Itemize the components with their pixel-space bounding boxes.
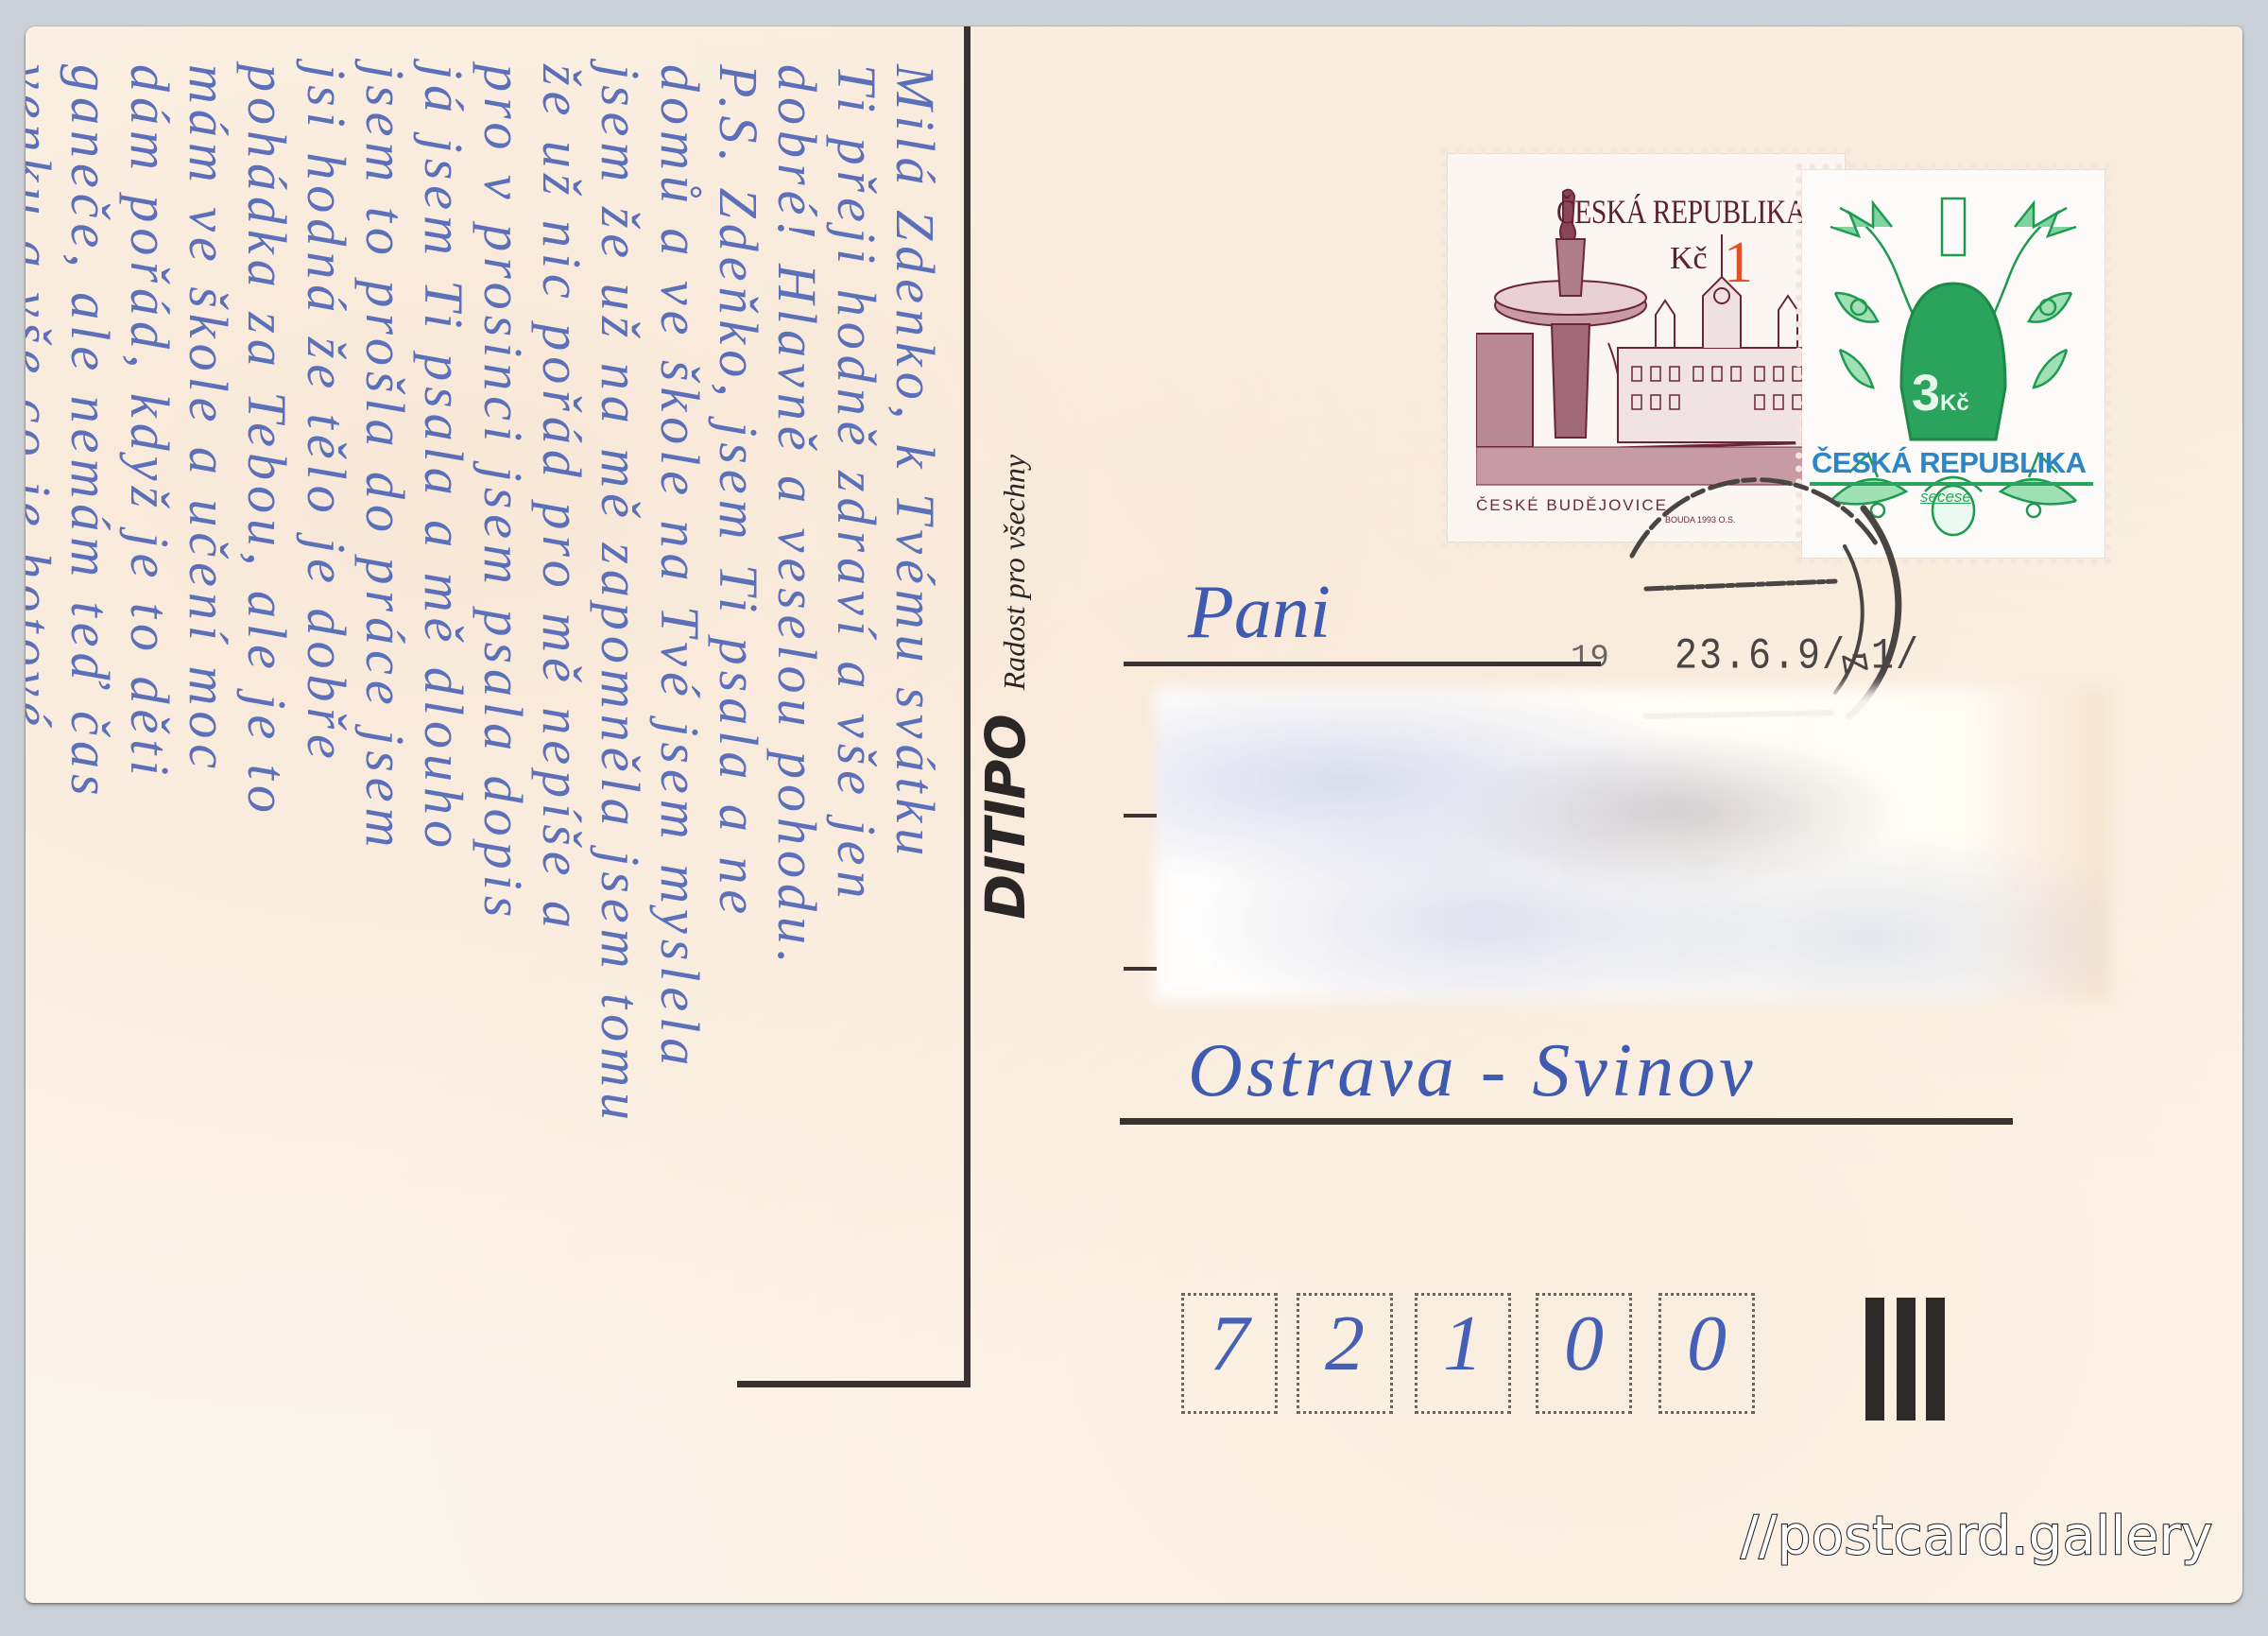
message-line: mám ve škole a učení moc bbox=[177, 64, 240, 774]
address-line-4 bbox=[1120, 1118, 2013, 1125]
message-line: venku a vše co je hotové bbox=[26, 64, 63, 732]
message-line: domů a ve škole na Tvé jsem myslela bbox=[648, 64, 712, 1071]
stamp-country: ČESKÁ REPUBLIKA bbox=[1556, 192, 1806, 232]
address-line-2 bbox=[1124, 814, 1157, 818]
stamp-value-group: 3Kč bbox=[1912, 364, 1969, 422]
message-line: já jsem Ti psala a mě dlouho bbox=[412, 64, 475, 853]
message-line: jsi hodná že tělo je dobře bbox=[295, 64, 358, 765]
message-line: Ti přeji hodně zdraví a vše jen bbox=[825, 64, 888, 904]
postal-code-digit: 1 bbox=[1415, 1298, 1511, 1389]
publisher-tagline: Radost pro všechny bbox=[997, 455, 1032, 690]
message-line: jsem že už na mě zapomněla jsem tomu bbox=[589, 64, 652, 1126]
postal-code-digit: 2 bbox=[1297, 1298, 1393, 1389]
stamp-country: ČESKÁ REPUBLIKA bbox=[1812, 446, 2086, 480]
postal-code-digit: 0 bbox=[1658, 1298, 1755, 1389]
stamp-secese: 3Kč ČESKÁ REPUBLIKA secese bbox=[1802, 170, 2105, 558]
postal-code-digit: 7 bbox=[1181, 1298, 1278, 1389]
stamp-currency: Kč bbox=[1940, 390, 1969, 416]
message-line: pohádka za Tebou, ale je to bbox=[235, 64, 299, 818]
message-line: jsem to prošla do práce jsem bbox=[353, 64, 417, 852]
handwritten-message: Milá Zdenko, k Tvému svátkuTi přeji hodn… bbox=[26, 26, 971, 1603]
message-line: dobré! Hlavně a veselou pohodu. bbox=[765, 64, 829, 970]
message-line: dám pořád, když je to děti bbox=[118, 64, 181, 781]
postal-bar bbox=[1897, 1298, 1916, 1421]
message-line: že už nic pořád pro mě nepíše a bbox=[530, 64, 593, 934]
postal-bar bbox=[1926, 1298, 1945, 1421]
publisher-logo: DITIPO bbox=[973, 715, 1038, 920]
divider-horizontal bbox=[737, 1381, 971, 1387]
stamp-currency: Kč bbox=[1670, 241, 1708, 277]
address-city: Ostrava - Svinov bbox=[1188, 1028, 1757, 1114]
postcard: Milá Zdenko, k Tvému svátkuTi přeji hodn… bbox=[26, 26, 2242, 1603]
message-line: ganeče, ale nemám teď čas bbox=[59, 64, 122, 801]
publisher-imprint: DITIPO Radost pro všechny bbox=[973, 455, 1038, 920]
stamp-caption: ČESKÉ BUDĚJOVICE bbox=[1476, 496, 1668, 515]
stamp-rule bbox=[1810, 482, 2093, 486]
message-line: pro v prosinci jsem psala dopis bbox=[472, 64, 535, 922]
divider-vertical bbox=[964, 26, 971, 1387]
address-line-1 bbox=[1124, 662, 1601, 666]
postmark-date: 23.6.9/-1/ bbox=[1675, 633, 1920, 682]
stamp-artist: BOUDA 1993 O.S. bbox=[1665, 515, 1736, 525]
message-line: P.S. Zdeňko, jsem Ti psala a ne bbox=[707, 64, 770, 920]
message-line: Milá Zdenko, k Tvému svátku bbox=[884, 64, 947, 861]
address-salutation: Pani bbox=[1188, 570, 1331, 656]
postal-bar bbox=[1865, 1298, 1884, 1421]
stamp-value: 1 bbox=[1724, 230, 1753, 297]
postmark-year: 19 bbox=[1571, 641, 1609, 677]
watermark: //postcard.gallery bbox=[1741, 1506, 2213, 1567]
stamp-subtitle: secese bbox=[1920, 488, 1971, 507]
postal-code-digit: 0 bbox=[1536, 1298, 1632, 1389]
redacted-address bbox=[1155, 688, 2109, 1000]
address-line-3 bbox=[1124, 967, 1157, 971]
stamp-ceske-budejovice: ČESKÁ REPUBLIKA Kč 1 ČESKÉ BUDĚJOVICE BO… bbox=[1448, 154, 1845, 542]
stamp-value: 3 bbox=[1912, 365, 1940, 422]
